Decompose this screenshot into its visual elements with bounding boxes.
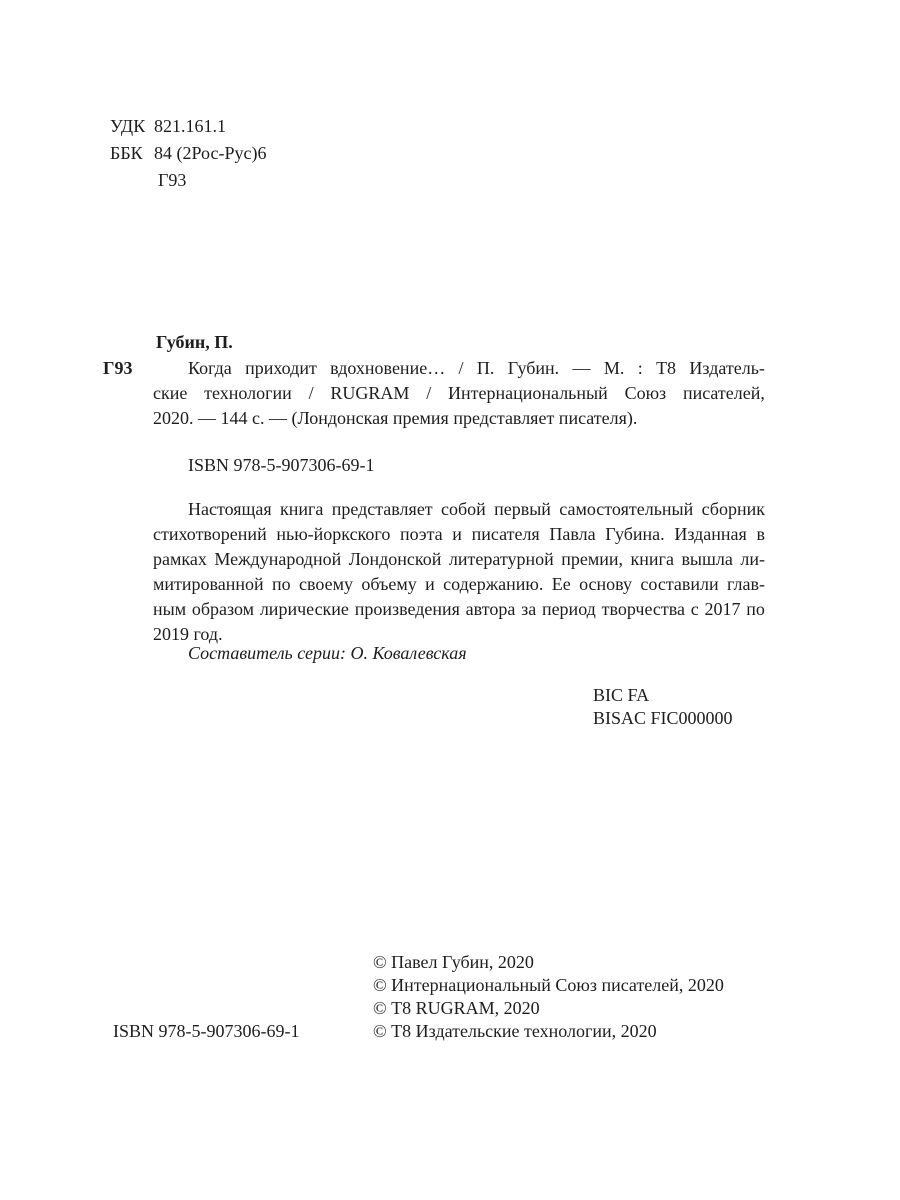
udc-row: УДК 821.161.1	[110, 113, 266, 140]
annotation-paragraph: Настоящаякнигапредставляетсобойпервыйсам…	[153, 497, 765, 647]
isbn-bottom: ISBN 978-5-907306-69-1	[113, 1020, 300, 1043]
bisac-code: BISAC FIC000000	[593, 707, 733, 730]
series-compiler: Составитель серии: О. Ковалевская	[188, 641, 467, 666]
copyright-block: © Павел Губин, 2020 © Интернациональный …	[373, 951, 724, 1043]
subject-codes: BIC FA BISAC FIC000000	[593, 684, 733, 730]
bib-line: 2020. — 144 с. — (Лондонская премия пред…	[153, 406, 765, 431]
author-sign-row: Г93	[110, 167, 266, 194]
author-heading: Губин, П.	[156, 330, 233, 355]
bibliographic-description: Когдаприходитвдохновение…/П.Губин.—М.:Т8…	[153, 356, 765, 431]
bib-line: Когдаприходитвдохновение…/П.Губин.—М.:Т8…	[153, 356, 765, 381]
annotation-line: рамкахМеждународнойЛондонскойлитературно…	[153, 547, 765, 572]
annotation-line: митированнойпосвоемуобъемуисодержанию.Ее…	[153, 572, 765, 597]
isbn-catalog: ISBN 978-5-907306-69-1	[188, 453, 375, 478]
imprint-page: УДК 821.161.1 ББК 84 (2Рос-Рус)6 Г93 Губ…	[0, 0, 900, 1200]
bic-code: BIC FA	[593, 684, 733, 707]
bbk-row: ББК 84 (2Рос-Рус)6	[110, 140, 266, 167]
classification-block: УДК 821.161.1 ББК 84 (2Рос-Рус)6 Г93	[110, 113, 266, 194]
annotation-line: Настоящаякнигапредставляетсобойпервыйсам…	[153, 497, 765, 522]
copyright-line: © Т8 RUGRAM, 2020	[373, 997, 724, 1020]
copyright-line: © Т8 Издательские технологии, 2020	[373, 1020, 724, 1043]
margin-code: Г93	[103, 356, 132, 381]
udc-value: 821.161.1	[154, 113, 266, 140]
annotation-line: нымобразомлирическиепроизведенияавтораза…	[153, 597, 765, 622]
bib-line: скиетехнологии/RUGRAM/ИнтернациональныйС…	[153, 381, 765, 406]
copyright-line: © Интернациональный Союз писателей, 2020	[373, 974, 724, 997]
bbk-label: ББК	[110, 140, 154, 167]
udc-label: УДК	[110, 113, 154, 140]
annotation-line: стихотворенийнью-йоркскогопоэтаиписателя…	[153, 522, 765, 547]
bbk-value: 84 (2Рос-Рус)6	[154, 140, 266, 167]
author-sign-value: Г93	[154, 167, 266, 194]
author-sign-spacer	[110, 167, 154, 194]
copyright-line: © Павел Губин, 2020	[373, 951, 724, 974]
